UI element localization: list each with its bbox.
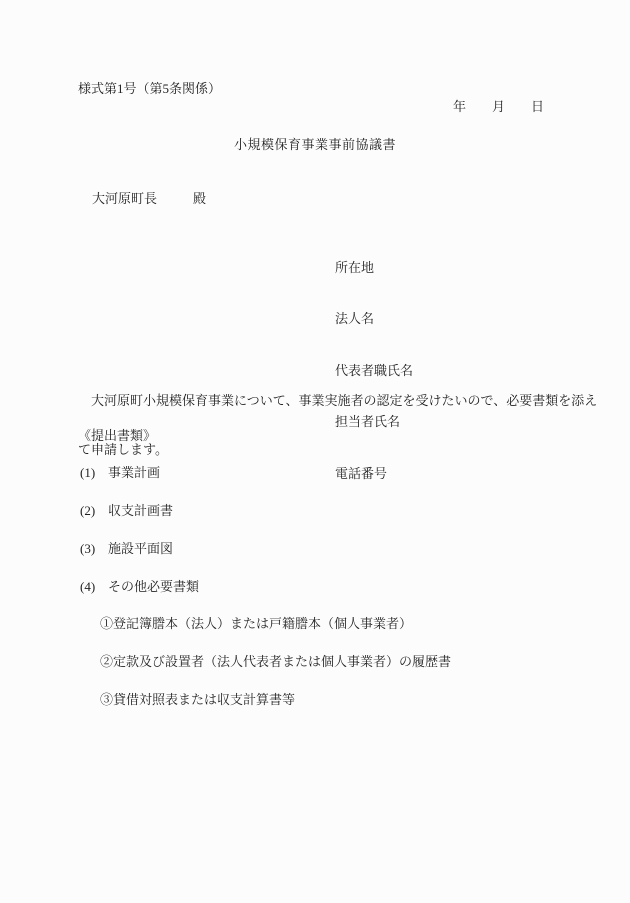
body-line: 大河原町小規模保育事業について、事業実施者の認定を受けたいので、必要書類を添え <box>78 394 597 407</box>
list-item: (2) 収支計画書 <box>80 504 199 517</box>
addressee-honorific: 殿 <box>193 192 206 205</box>
list-item: (1) 事業計画 <box>80 466 199 479</box>
sub-list-item: ②定款及び設置者（法人代表者または個人事業者）の履歴書 <box>100 655 451 668</box>
list-item-number: (3) <box>80 542 108 555</box>
sub-document-list: ①登記簿謄本（法人）または戸籍謄本（個人事業者） ②定款及び設置者（法人代表者ま… <box>100 617 451 706</box>
addressee: 大河原町長 殿 <box>92 192 206 205</box>
date-line: 年 月 日 <box>453 100 544 113</box>
sub-list-item: ①登記簿謄本（法人）または戸籍謄本（個人事業者） <box>100 617 451 630</box>
list-item-label: 収支計画書 <box>108 504 173 517</box>
documents-heading: 《提出書類》 <box>78 429 156 442</box>
document-page: 様式第1号（第5条関係） 年 月 日 小規模保育事業事前協議書 大河原町長 殿 … <box>0 0 630 903</box>
sub-list-item: ③貸借対照表または収支計算書等 <box>100 693 451 706</box>
page-title: 小規模保育事業事前協議書 <box>0 138 630 151</box>
list-item-label: 施設平面図 <box>108 542 173 555</box>
list-item: (4) その他必要書類 <box>80 580 199 593</box>
field-label-corporate-name: 法人名 <box>335 312 413 325</box>
field-label-address: 所在地 <box>335 261 413 274</box>
list-item-number: (1) <box>80 466 108 479</box>
list-item-label: その他必要書類 <box>108 580 199 593</box>
form-number: 様式第1号（第5条関係） <box>78 82 221 95</box>
list-item-number: (4) <box>80 580 108 593</box>
addressee-name: 大河原町長 <box>92 192 157 205</box>
list-item-number: (2) <box>80 504 108 517</box>
list-item: (3) 施設平面図 <box>80 542 199 555</box>
document-list: (1) 事業計画 (2) 収支計画書 (3) 施設平面図 (4) その他必要書類 <box>80 466 199 593</box>
list-item-label: 事業計画 <box>108 466 160 479</box>
body-line: て申請します。 <box>78 443 597 456</box>
